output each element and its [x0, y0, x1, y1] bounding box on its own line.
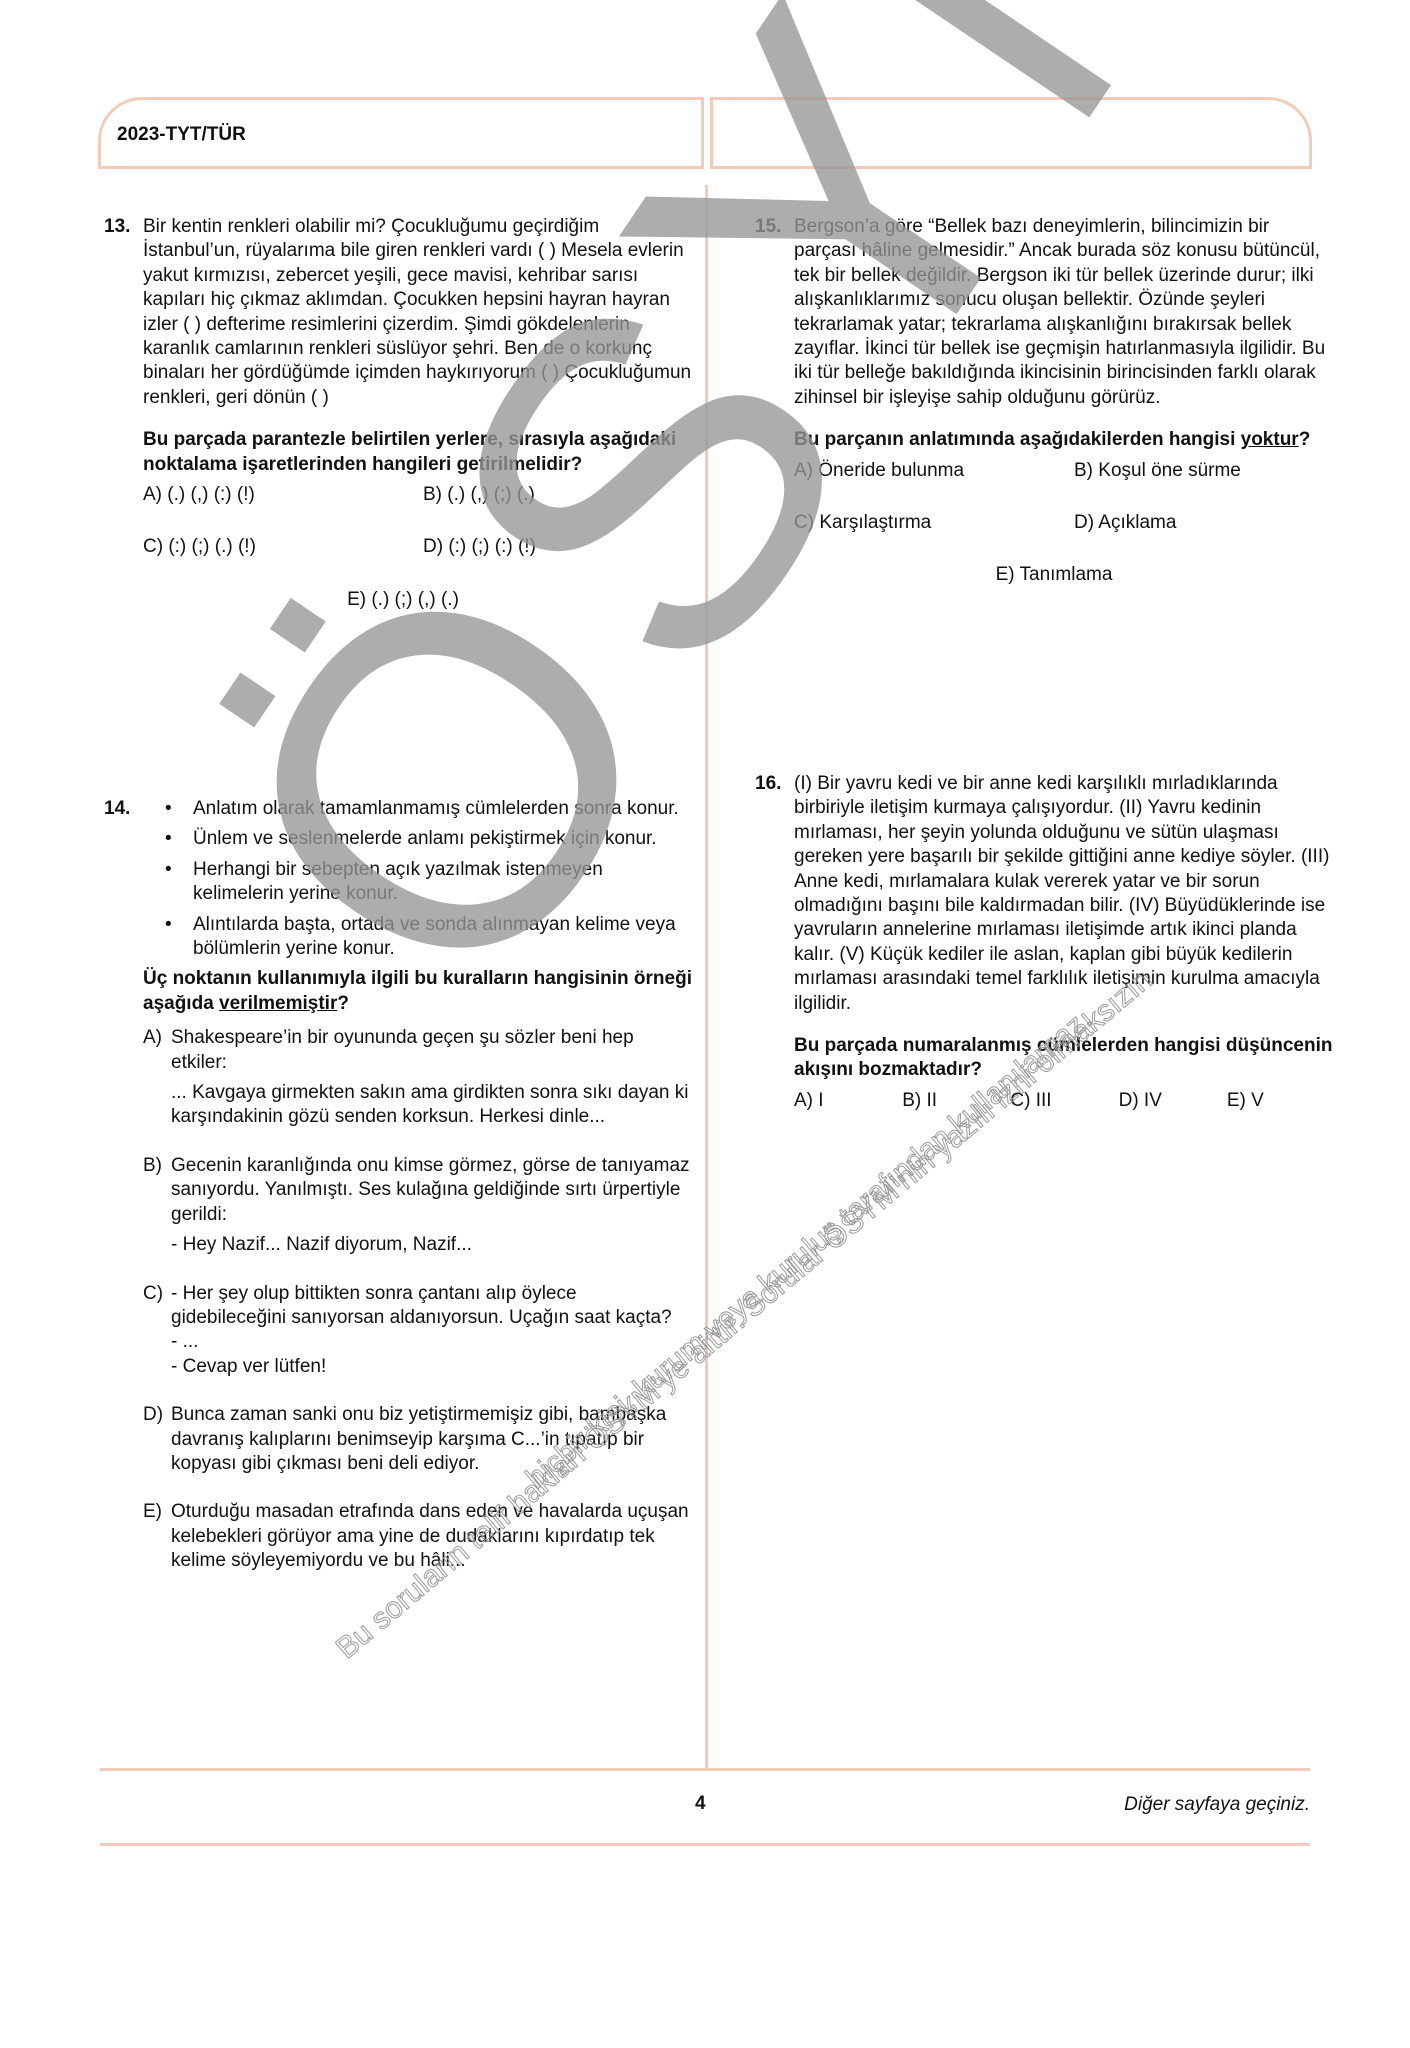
options-grid: A) Öneride bulunma B) Koşul öne sürme C)…	[794, 459, 1335, 536]
next-page-note: Diğer sayfaya geçiniz.	[1124, 1794, 1310, 1816]
options-row: A) I B) II C) III D) IV E) V	[794, 1089, 1335, 1113]
question-16: 16. (I) Bir yavru kedi ve bir anne kedi …	[755, 772, 1335, 1113]
question-stem: Bu parçada parantezle belirtilen yerlere…	[143, 428, 694, 477]
option-text: Bunca zaman sanki onu biz yetiştirmemişi…	[171, 1403, 694, 1476]
option-text: - ...	[171, 1330, 694, 1354]
question-14: 14. Anlatım olarak tamamlanmamış cümlele…	[104, 797, 694, 1574]
option-text: - Cevap ver lütfen!	[171, 1355, 694, 1379]
question-number: 13.	[104, 215, 130, 239]
question-number: 14.	[104, 797, 130, 821]
rules-list: Anlatım olarak tamamlanmamış cümlelerden…	[162, 797, 694, 961]
option-label: D)	[143, 1403, 163, 1427]
option-d[interactable]: D) Açıklama	[1074, 511, 1354, 535]
option-label: A)	[143, 1026, 162, 1050]
option-e[interactable]: E) Oturduğu masadan etrafında dans eden …	[143, 1500, 694, 1573]
option-b[interactable]: B) II	[902, 1089, 1010, 1113]
option-text: ... Kavgaya girmekten sakın ama girdikte…	[171, 1081, 694, 1130]
option-text: Oturduğu masadan etrafında dans eden ve …	[171, 1500, 694, 1573]
rule-item: Alıntılarda başta, ortada ve sonda alınm…	[162, 913, 694, 962]
rule-item: Anlatım olarak tamamlanmamış cümlelerden…	[162, 797, 694, 821]
option-a[interactable]: A) (.) (,) (:) (!)	[143, 483, 423, 507]
option-e[interactable]: E) Tanımlama	[794, 563, 1314, 587]
question-13: 13. Bir kentin renkleri olabilir mi? Çoc…	[104, 215, 694, 612]
option-c[interactable]: C) Karşılaştırma	[794, 511, 1074, 535]
column-divider	[705, 185, 708, 1770]
option-c[interactable]: C) (:) (;) (.) (!)	[143, 535, 423, 559]
option-text: Gecenin karanlığında onu kimse görmez, g…	[171, 1154, 694, 1227]
option-d[interactable]: D) IV	[1119, 1089, 1227, 1113]
option-e[interactable]: E) V	[1227, 1089, 1335, 1113]
rule-item: Ünlem ve seslenmelerde anlamı pekiştirme…	[162, 827, 694, 851]
option-text: - Hey Nazif... Nazif diyorum, Nazif...	[171, 1233, 694, 1257]
header-right-box	[710, 97, 1312, 169]
exam-title: 2023-TYT/TÜR	[117, 124, 246, 146]
page-number: 4	[695, 1793, 706, 1815]
question-15: 15. Bergson’a göre “Bellek bazı deneyiml…	[755, 215, 1335, 588]
question-passage: Bergson’a göre “Bellek bazı deneyimlerin…	[794, 215, 1335, 410]
option-a[interactable]: A) Öneride bulunma	[794, 459, 1074, 483]
rule-item: Herhangi bir sebepten açık yazılmak iste…	[162, 858, 694, 907]
question-number: 15.	[755, 215, 781, 239]
option-b[interactable]: B) Gecenin karanlığında onu kimse görmez…	[143, 1154, 694, 1258]
footer-bottom-rule	[100, 1843, 1310, 1846]
option-b[interactable]: B) (.) (,) (;) (.)	[423, 483, 703, 507]
option-c[interactable]: C) III	[1010, 1089, 1118, 1113]
option-text: - Her şey olup bittikten sonra çantanı a…	[171, 1282, 694, 1331]
stem-end: ?	[337, 993, 349, 1014]
option-d[interactable]: D) Bunca zaman sanki onu biz yetiştirmem…	[143, 1403, 694, 1476]
option-a[interactable]: A) I	[794, 1089, 902, 1113]
stem-emphasis: verilmemiştir	[219, 993, 337, 1014]
stem-end: ?	[1299, 429, 1311, 450]
question-passage: Bir kentin renkleri olabilir mi? Çocuklu…	[143, 215, 694, 410]
option-label: C)	[143, 1282, 163, 1306]
question-stem: Bu parçanın anlatımında aşağıdakilerden …	[794, 428, 1335, 452]
options-grid: A) (.) (,) (:) (!) B) (.) (,) (;) (.) C)…	[143, 483, 694, 560]
option-a[interactable]: A) Shakespeare’in bir oyununda geçen şu …	[143, 1026, 694, 1130]
stem-emphasis: yoktur	[1241, 429, 1299, 450]
question-stem: Üç noktanın kullanımıyla ilgili bu kural…	[143, 967, 694, 1016]
option-c[interactable]: C) - Her şey olup bittikten sonra çantan…	[143, 1282, 694, 1380]
option-label: E)	[143, 1500, 162, 1524]
question-number: 16.	[755, 772, 781, 796]
header-left-box: 2023-TYT/TÜR	[98, 97, 704, 169]
option-b[interactable]: B) Koşul öne sürme	[1074, 459, 1354, 483]
option-d[interactable]: D) (:) (;) (:) (!)	[423, 535, 703, 559]
question-passage: (I) Bir yavru kedi ve bir anne kedi karş…	[794, 772, 1335, 1016]
option-text: Shakespeare’in bir oyununda geçen şu söz…	[171, 1026, 694, 1075]
option-e[interactable]: E) (.) (;) (,) (.)	[143, 588, 663, 612]
footer-top-rule	[100, 1768, 1310, 1771]
stem-text: Bu parçanın anlatımında aşağıdakilerden …	[794, 429, 1241, 450]
option-label: B)	[143, 1154, 162, 1178]
question-stem: Bu parçada numaralanmış cümlelerden hang…	[794, 1034, 1335, 1083]
